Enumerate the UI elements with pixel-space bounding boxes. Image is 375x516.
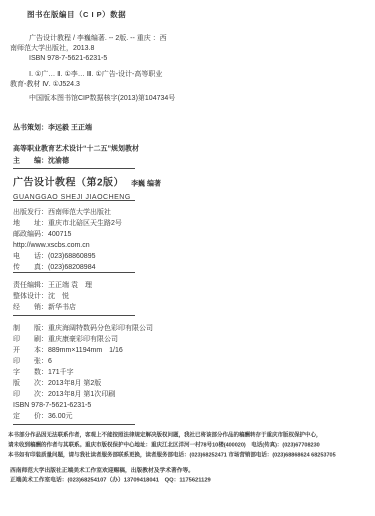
- website-line: http://www.xscbs.com.cn: [13, 239, 122, 250]
- studio-note-line: 西南师范大学出版社正端美术工作室欢迎赐稿，出版教材及学术著作等。: [10, 466, 211, 476]
- book-author: 李巍 编著: [131, 179, 161, 187]
- series-title: 高等职业教育艺术设计“十二五”规划教材: [13, 142, 139, 154]
- publisher-line: 出版发行：西南师范大学出版社: [13, 206, 122, 217]
- divider-rule: [13, 424, 135, 425]
- impression-line: 印 次：2013年8月 第1次印刷: [13, 388, 153, 399]
- printer-line: 印 刷：重庆康豪彩印有限公司: [13, 333, 153, 344]
- printing-spec-block: 制 版：重庆海阔特数码分色彩印有限公司 印 刷：重庆康豪彩印有限公司 开 本：8…: [13, 322, 153, 421]
- isbn-line: ISBN 978-7-5621-6231-5: [13, 399, 153, 410]
- cip-description-line: 南师范大学出版社，2013.8: [10, 43, 290, 53]
- divider-rule: [13, 200, 135, 201]
- cip-block: 图书在版编目（C I P）数据 广告设计教程 / 李巍编著. -- 2版. --…: [10, 9, 290, 103]
- distributor-line: 经 销：新华书店: [13, 301, 92, 312]
- cip-heading: 图书在版编目（C I P）数据: [10, 9, 290, 20]
- address-line: 地 址：重庆市北碚区天生路2号: [13, 217, 122, 228]
- responsible-editor-line: 责任编辑：王正端 袁 理: [13, 279, 92, 290]
- plate-making-line: 制 版：重庆海阔特数码分色彩印有限公司: [13, 322, 153, 333]
- divider-rule: [13, 168, 135, 169]
- colophon-page: 图书在版编目（C I P）数据 广告设计教程 / 李巍编著. -- 2版. --…: [0, 0, 375, 516]
- series-block: 高等职业教育艺术设计“十二五”规划教材 主 编：沈渝德: [13, 142, 139, 166]
- copyright-notice-block: 本书部分作品因无法联系作者，客观上不能按照法律规定解决版权问题，我社已将该部分作…: [8, 430, 371, 460]
- cip-classification-line: 教育-教材 Ⅳ. ①J524.3: [10, 79, 290, 89]
- quality-notice-line: 本书如有印装质量问题，请与我社读者服务部联系更换，读者服务部电话：(023)68…: [8, 450, 371, 460]
- editorial-block: 责任编辑：王正端 袁 理 整体设计：沈 悦 经 销：新华书店: [13, 279, 92, 312]
- publisher-info-block: 出版发行：西南师范大学出版社 地 址：重庆市北碚区天生路2号 邮政编码：4007…: [13, 206, 122, 272]
- chief-editor: 主 编：沈渝德: [13, 154, 139, 166]
- cip-classification-line: Ⅰ. ①广… Ⅱ. ①李… Ⅲ. ①广告-设计-高等职业: [10, 69, 290, 79]
- format-line: 开 本：889mm×1194mm 1/16: [13, 344, 153, 355]
- cip-record-number: 中国版本图书馆CIP数据核字(2013)第104734号: [10, 93, 290, 103]
- studio-note-block: 西南师范大学出版社正端美术工作室欢迎赐稿，出版教材及学术著作等。 正端美术工作室…: [10, 466, 211, 485]
- book-title: 广告设计教程（第2版）: [13, 177, 124, 188]
- book-title-row: 广告设计教程（第2版）李巍 编著: [13, 174, 161, 189]
- word-count-line: 字 数：171千字: [13, 366, 153, 377]
- series-planner: 丛书策划：李远毅 王正端: [13, 122, 92, 132]
- overall-design-line: 整体设计：沈 悦: [13, 290, 92, 301]
- studio-contact-line: 正端美术工作室电话：(023)68254107（办）13709418041 QQ…: [10, 476, 211, 486]
- cip-isbn-line: ISBN 978-7-5621-6231-5: [10, 53, 290, 63]
- divider-rule: [13, 315, 135, 316]
- fax-line: 传 真：(023)68208984: [13, 261, 122, 272]
- price-line: 定 价：36.00元: [13, 410, 153, 421]
- phone-line: 电 话：(023)68860895: [13, 250, 122, 261]
- copyright-notice-line: 本书部分作品因无法联系作者，客观上不能按照法律规定解决版权问题，我社已将该部分作…: [8, 430, 371, 440]
- cip-description-line: 广告设计教程 / 李巍编著. -- 2版. -- 重庆 ：西: [10, 33, 290, 43]
- book-title-block: 广告设计教程（第2版）李巍 编著 GUANGGAO SHEJI JIAOCHEN…: [13, 174, 161, 201]
- copyright-notice-line: 请未收到稿酬的作者与其联系。重庆市版权保护中心地址：重庆江北区洋河一村78号10…: [8, 440, 371, 450]
- postcode-line: 邮政编码：400715: [13, 228, 122, 239]
- sheets-line: 印 张：6: [13, 355, 153, 366]
- divider-rule: [13, 272, 135, 273]
- edition-line: 版 次：2013年8月 第2版: [13, 377, 153, 388]
